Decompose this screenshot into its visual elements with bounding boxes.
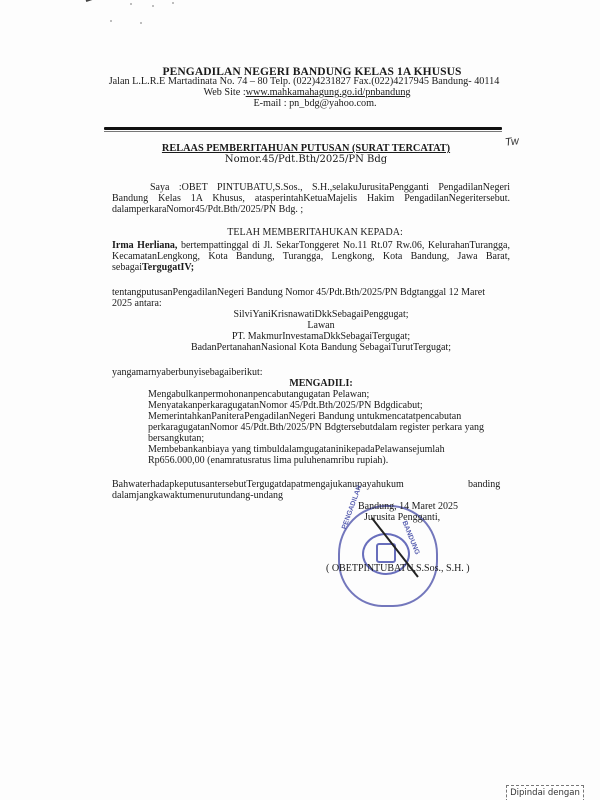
recipient-line-2: KecamatanLengkong, Kota Bandung, Turangg…	[112, 251, 510, 262]
decision-ref-line-1: tentangputusanPengadilanNegeri Bandung N…	[112, 287, 485, 298]
recipient-name: Irma Herliana,	[112, 240, 177, 251]
scan-speck	[110, 20, 112, 22]
ruling-line-5: bersangkutan;	[148, 433, 204, 444]
ruling-intro: yangamarnyaberbunyisebagaiberikut:	[112, 367, 263, 378]
court-email: E-mail : pn_bdg@yahoo.com.	[0, 98, 600, 109]
appeal-line-2: dalamjangkawaktumenurutundang-undang	[112, 490, 283, 501]
ruling-line-7: Rp656.000,00 (enamratusratus lima puluhe…	[148, 455, 388, 466]
website-link[interactable]: www.mahkamahagung.go.id/pnbandung	[246, 87, 411, 98]
party-plaintiff: SilviYaniKrisnawatiDkkSebagaiPenggugat;	[112, 309, 510, 320]
court-address: Jalan L.L.R.E Martadinata No. 74 – 80 Te…	[0, 76, 600, 87]
letterhead-divider-thin	[104, 131, 502, 132]
intro-line-2: Bandung Kelas 1A Khusus, atasperintahKet…	[112, 193, 510, 204]
scan-speck	[140, 22, 142, 24]
ruling-heading: MENGADILI:	[112, 378, 510, 389]
appeal-line-1-end: banding	[468, 479, 500, 490]
decision-ref-line-2: 2025 antara:	[112, 298, 162, 309]
ruling-line-3: MemerintahkanPaniteraPengadilanNegeri Ba…	[148, 411, 461, 422]
signatory-name: ( OBETPINTUBATU,S.Sos., S.H. )	[326, 563, 470, 574]
signature-place-date: Bandung, 14 Maret 2025	[358, 501, 458, 512]
scan-speck	[172, 2, 174, 4]
ruling-line-4: perkaragugatanNomor 45/Pdt.Bth/2025/PN B…	[148, 422, 484, 433]
court-website: Web Site :www.mahkamahagung.go.id/pnband…	[0, 87, 600, 98]
intro-line-3: dalamperkaraNomor45/Pdt.Bth/2025/PN Bdg.…	[112, 204, 303, 215]
scan-scratch-mark	[86, 0, 108, 2]
handwritten-paraf: Tw	[504, 135, 519, 149]
document-number: Nomor.45/Pdt.Bth/2025/PN Bdg	[0, 154, 600, 165]
recipient-line-1: Irma Herliana, bertempattinggal di Jl. S…	[112, 240, 510, 251]
recipient-role: TergugatIV;	[142, 262, 194, 273]
scan-speck	[130, 3, 132, 5]
website-label: Web Site :	[203, 87, 245, 98]
ruling-line-6: Membebankanbiaya yang timbuldalamgugatan…	[148, 444, 445, 455]
document-page: PENGADILAN NEGERI BANDUNG KELAS 1A KHUSU…	[0, 0, 600, 800]
party-co-defendant: BadanPertanahanNasional Kota Bandung Seb…	[112, 342, 510, 353]
party-defendant: PT. MakmurInvestamaDkkSebagaiTergugat;	[112, 331, 510, 342]
ruling-line-2: MenyatakanperkaragugatanNomor 45/Pdt.Bth…	[148, 400, 423, 411]
recipient-line-3: sebagaiTergugatIV;	[112, 262, 194, 273]
recipient-role-prefix: sebagai	[112, 262, 142, 273]
scanner-watermark: Dipindai dengan	[506, 785, 584, 800]
intro-line-1: Saya :OBET PINTUBATU,S.Sos., S.H.,selaku…	[150, 182, 510, 193]
notice-heading: TELAH MEMBERITAHUKAN KEPADA:	[112, 227, 510, 238]
ruling-line-1: Mengabulkanpermohonanpencabutangugatan P…	[148, 389, 369, 400]
letterhead-divider	[104, 127, 502, 130]
party-versus: Lawan	[112, 320, 510, 331]
scan-speck	[152, 5, 154, 7]
recipient-address: bertempattinggal di Jl. SekarTonggeret N…	[177, 240, 510, 251]
